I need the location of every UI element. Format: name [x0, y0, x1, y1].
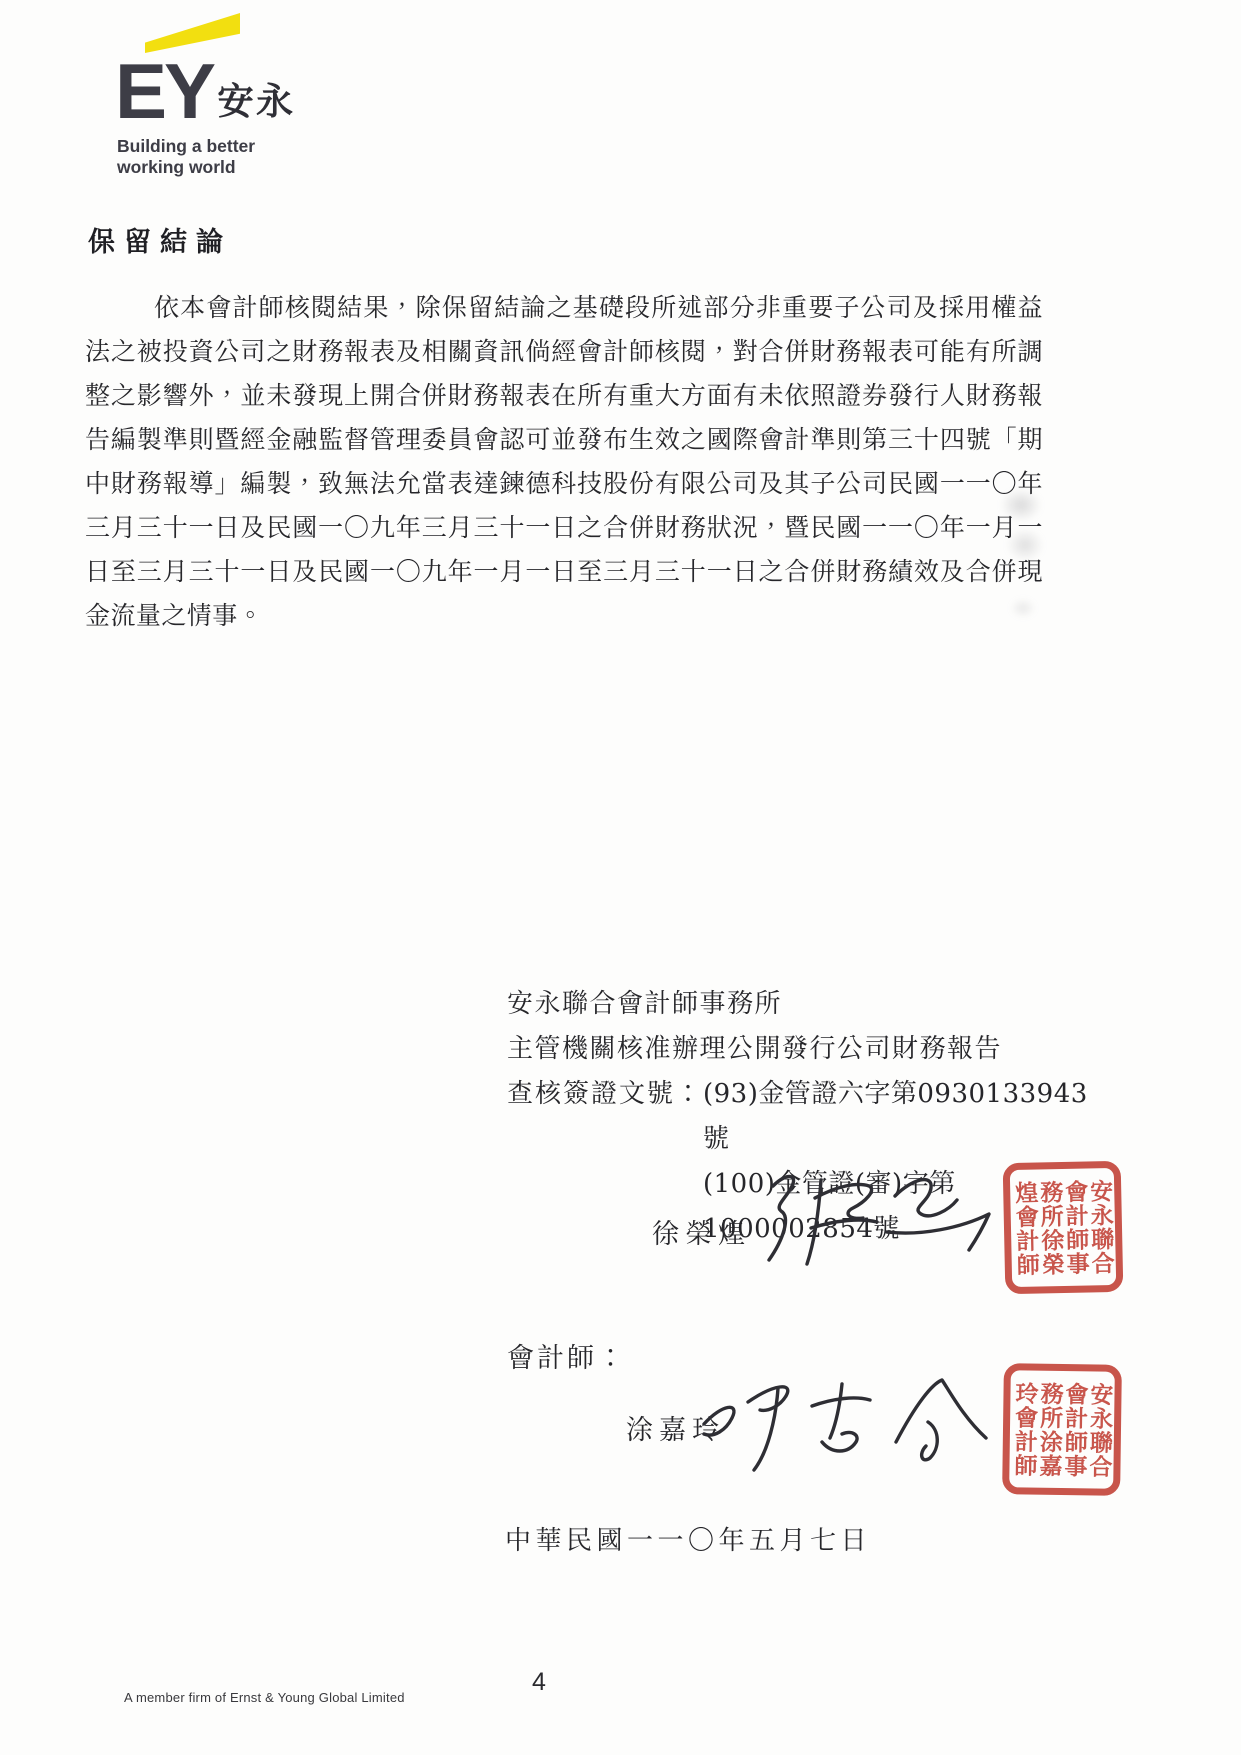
page-number: 4 — [532, 1668, 546, 1697]
scan-smudge — [1010, 598, 1036, 618]
conclusion-paragraph: 依本會計師核閱結果，除保留結論之基礎段所述部分非重要子公司及採用權益法之被投資公… — [85, 286, 1043, 638]
ey-logo-row: EY 安永 — [115, 54, 295, 128]
doc-number-label: 查核簽證文號： — [507, 1072, 703, 1162]
ey-tagline-line2: working world — [117, 157, 317, 178]
scan-smudge — [1000, 488, 1042, 522]
accountant1-printed-name: 徐榮煌 — [652, 1212, 751, 1251]
report-date: 中華民國一一〇年五月七日 — [505, 1520, 871, 1557]
accountant1-signature — [745, 1158, 1005, 1288]
accountant-label: 會計師： — [507, 1336, 627, 1375]
doc-number-1: (93)金管證六字第0930133943號 — [703, 1072, 1107, 1162]
section-heading: 保留結論 — [88, 220, 232, 259]
accountant2-signature — [690, 1358, 1000, 1493]
report-page: EY 安永 Building a better working world 保留… — [0, 0, 1241, 1755]
ey-tagline-line1: Building a better — [117, 136, 317, 157]
firm-name: 安永聯合會計師事務所 — [507, 982, 1107, 1027]
approval-line: 主管機關核准辦理公開發行公司財務報告 — [507, 1027, 1107, 1072]
doc-number-row: 查核簽證文號： (93)金管證六字第0930133943號 — [507, 1072, 1107, 1162]
scan-smudge — [1006, 528, 1044, 562]
ey-logo-chinese: 安永 — [217, 71, 295, 125]
ey-tagline: Building a better working world — [117, 136, 317, 177]
member-firm-text: A member firm of Ernst & Young Global Li… — [124, 1690, 405, 1705]
accountant2-seal: 安永聯合會計師事務所涂嘉玲會計師 — [1002, 1363, 1122, 1496]
accountant1-seal: 安永聯合會計師事務所徐榮煌會計師 — [1003, 1161, 1124, 1294]
ey-logo-text: EY — [115, 54, 213, 128]
